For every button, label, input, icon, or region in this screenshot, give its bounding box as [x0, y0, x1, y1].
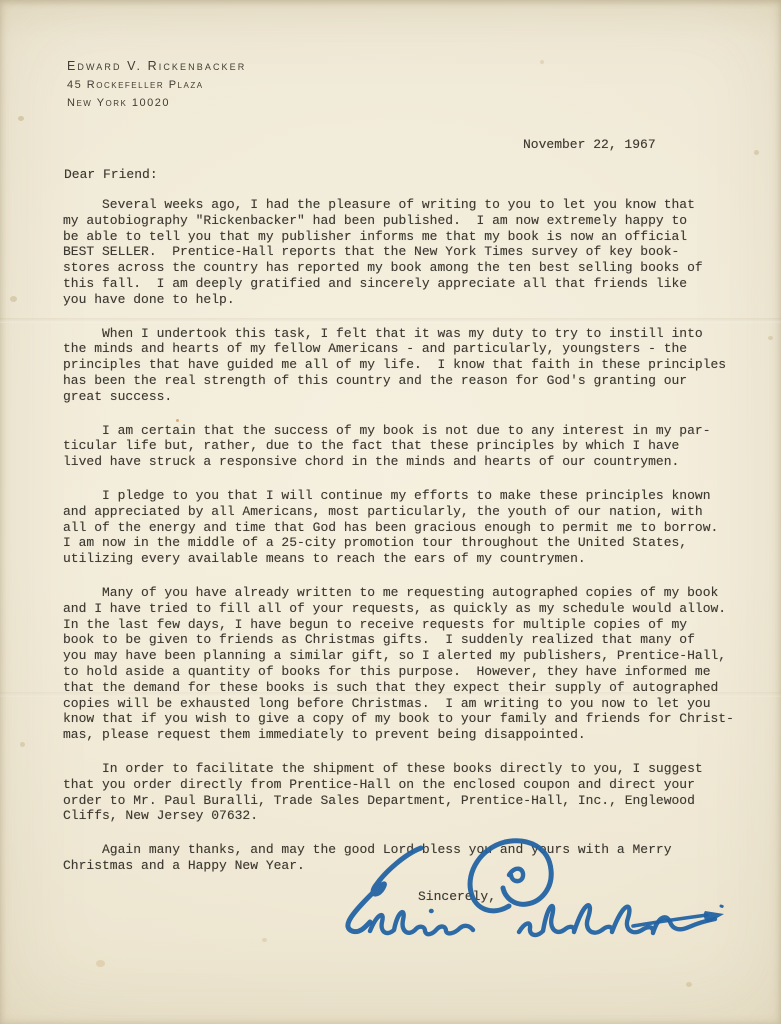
- foxing-spot: [96, 960, 105, 967]
- letter-paragraph: When I undertook this task, I felt that …: [63, 326, 775, 405]
- letter-date: November 22, 1967: [523, 137, 656, 152]
- foxing-spot: [18, 116, 24, 121]
- letterhead-name: Edward V. Rickenbacker: [67, 57, 246, 76]
- letterhead-address-street: 45 Rockefeller Plaza: [67, 76, 246, 94]
- letter-paragraph: Many of you have already written to me r…: [63, 585, 775, 743]
- letter-page: Edward V. Rickenbacker 45 Rockefeller Pl…: [0, 0, 781, 1024]
- letterhead: Edward V. Rickenbacker 45 Rockefeller Pl…: [67, 57, 246, 112]
- letter-salutation: Dear Friend:: [64, 167, 158, 182]
- foxing-spot: [686, 982, 692, 987]
- letter-paragraph: In order to facilitate the shipment of t…: [63, 761, 775, 824]
- letter-body: Several weeks ago, I had the pleasure of…: [63, 197, 775, 892]
- letter-paragraph: Several weeks ago, I had the pleasure of…: [63, 197, 775, 308]
- letter-paragraph: I am certain that the success of my book…: [63, 423, 775, 470]
- foxing-spot: [20, 742, 25, 747]
- foxing-spot: [10, 296, 17, 302]
- letter-closing: Sincerely,: [418, 889, 496, 904]
- letter-paragraph: Again many thanks, and may the good Lord…: [63, 842, 775, 874]
- foxing-spot: [754, 150, 759, 155]
- foxing-spot: [262, 938, 267, 942]
- letter-paragraph: I pledge to you that I will continue my …: [63, 488, 775, 567]
- letterhead-address-city: New York 10020: [67, 94, 246, 112]
- foxing-spot: [540, 60, 544, 64]
